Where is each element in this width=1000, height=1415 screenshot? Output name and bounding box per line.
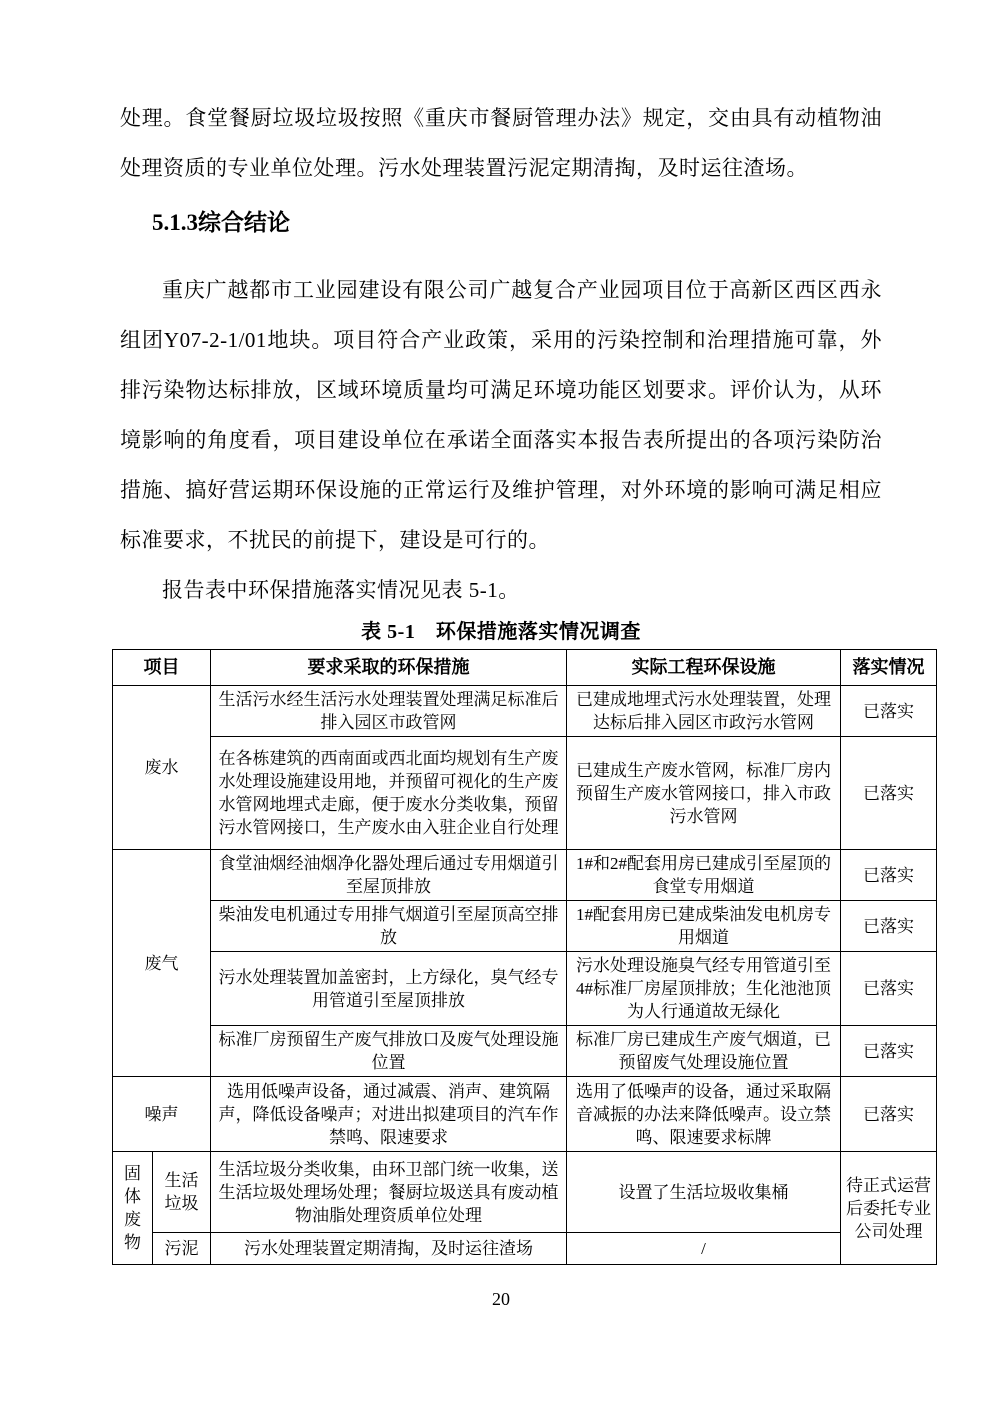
table-row: 废气 食堂油烟经油烟净化器处理后通过专用烟道引至屋顶排放 1#和2#配套用房已建… — [113, 850, 937, 901]
table-row: 柴油发电机通过专用排气烟道引至屋顶高空排放 1#配套用房已建成柴油发电机房专用烟… — [113, 901, 937, 952]
status-cell: 已落实 — [841, 1077, 937, 1152]
actual-cell: 设置了生活垃圾收集桶 — [567, 1152, 841, 1233]
req-cell: 标准厂房预留生产废气排放口及废气处理设施位置 — [211, 1026, 567, 1077]
category-solid-waste: 固体废物 — [113, 1152, 153, 1265]
subcategory-sludge: 污泥 — [153, 1233, 211, 1265]
paragraph-top: 处理。食堂餐厨垃圾垃圾按照《重庆市餐厨管理办法》规定，交由具有动植物油处理资质的… — [120, 93, 882, 193]
req-cell: 柴油发电机通过专用排气烟道引至屋顶高空排放 — [211, 901, 567, 952]
table-row: 固体废物 生活垃圾 生活垃圾分类收集，由环卫部门统一收集，送生活垃圾处理场处理；… — [113, 1152, 937, 1233]
actual-cell: 选用了低噪声的设备，通过采取隔音减振的办法来降低噪声。设立禁鸣、限速要求标牌 — [567, 1077, 841, 1152]
document-page: 处理。食堂餐厨垃圾垃圾按照《重庆市餐厨管理办法》规定，交由具有动植物油处理资质的… — [0, 0, 1000, 1415]
actual-cell: 1#和2#配套用房已建成引至屋顶的食堂专用烟道 — [567, 850, 841, 901]
req-cell: 在各栋建筑的西南面或西北面均规划有生产废水处理设施建设用地，并预留可视化的生产废… — [211, 737, 567, 850]
status-cell: 已落实 — [841, 850, 937, 901]
header-actual-facilities: 实际工程环保设施 — [567, 650, 841, 686]
status-cell: 已落实 — [841, 901, 937, 952]
page-number: 20 — [120, 1289, 882, 1309]
header-project: 项目 — [113, 650, 211, 686]
category-wastewater: 废水 — [113, 686, 211, 850]
header-implementation-status: 落实情况 — [841, 650, 937, 686]
actual-cell: / — [567, 1233, 841, 1265]
paragraph-main: 重庆广越都市工业园建设有限公司广越复合产业园项目位于高新区西区西永组团Y07-2… — [120, 265, 882, 565]
req-cell: 生活垃圾分类收集，由环卫部门统一收集，送生活垃圾处理场处理；餐厨垃圾送具有废动植… — [211, 1152, 567, 1233]
category-exhaust-gas: 废气 — [113, 850, 211, 1077]
subcategory-domestic-garbage: 生活垃圾 — [153, 1152, 211, 1233]
actual-cell: 已建成地埋式污水处理装置，处理达标后排入园区市政污水管网 — [567, 686, 841, 737]
status-cell: 待正式运营后委托专业公司处理 — [841, 1152, 937, 1265]
measures-table: 项目 要求采取的环保措施 实际工程环保设施 落实情况 废水 生活污水经生活污水处… — [112, 649, 937, 1265]
category-noise: 噪声 — [113, 1077, 211, 1152]
table-row: 废水 生活污水经生活污水处理装置处理满足标准后排入园区市政管网 已建成地埋式污水… — [113, 686, 937, 737]
header-required-measures: 要求采取的环保措施 — [211, 650, 567, 686]
req-cell: 选用低噪声设备，通过减震、消声、建筑隔声，降低设备噪声；对进出拟建项目的汽车作禁… — [211, 1077, 567, 1152]
actual-cell: 标准厂房已建成生产废气烟道，已预留废气处理设施位置 — [567, 1026, 841, 1077]
status-cell: 已落实 — [841, 686, 937, 737]
actual-cell: 1#配套用房已建成柴油发电机房专用烟道 — [567, 901, 841, 952]
status-cell: 已落实 — [841, 737, 937, 850]
actual-cell: 已建成生产废水管网，标准厂房内预留生产废水管网接口，排入市政污水管网 — [567, 737, 841, 850]
section-heading: 5.1.3综合结论 — [120, 198, 882, 248]
req-cell: 污水处理装置加盖密封，上方绿化，臭气经专用管道引至屋顶排放 — [211, 952, 567, 1026]
req-cell: 食堂油烟经油烟净化器处理后通过专用烟道引至屋顶排放 — [211, 850, 567, 901]
table-row: 污泥 污水处理装置定期清掏，及时运往渣场 / — [113, 1233, 937, 1265]
status-cell: 已落实 — [841, 952, 937, 1026]
status-cell: 已落实 — [841, 1026, 937, 1077]
table-row: 污水处理装置加盖密封，上方绿化，臭气经专用管道引至屋顶排放 污水处理设施臭气经专… — [113, 952, 937, 1026]
table-title: 表 5-1 环保措施落实情况调查 — [120, 619, 882, 645]
table-row: 在各栋建筑的西南面或西北面均规划有生产废水处理设施建设用地，并预留可视化的生产废… — [113, 737, 937, 850]
req-cell: 污水处理装置定期清掏，及时运往渣场 — [211, 1233, 567, 1265]
page-content: 处理。食堂餐厨垃圾垃圾按照《重庆市餐厨管理办法》规定，交由具有动植物油处理资质的… — [0, 0, 1000, 1309]
req-cell: 生活污水经生活污水处理装置处理满足标准后排入园区市政管网 — [211, 686, 567, 737]
table-header-row: 项目 要求采取的环保措施 实际工程环保设施 落实情况 — [113, 650, 937, 686]
table-row: 标准厂房预留生产废气排放口及废气处理设施位置 标准厂房已建成生产废气烟道，已预留… — [113, 1026, 937, 1077]
actual-cell: 污水处理设施臭气经专用管道引至4#标准厂房屋顶排放；生化池池顶为人行通道故无绿化 — [567, 952, 841, 1026]
table-row: 噪声 选用低噪声设备，通过减震、消声、建筑隔声，降低设备噪声；对进出拟建项目的汽… — [113, 1077, 937, 1152]
paragraph-table-ref: 报告表中环保措施落实情况见表 5-1。 — [120, 565, 882, 615]
